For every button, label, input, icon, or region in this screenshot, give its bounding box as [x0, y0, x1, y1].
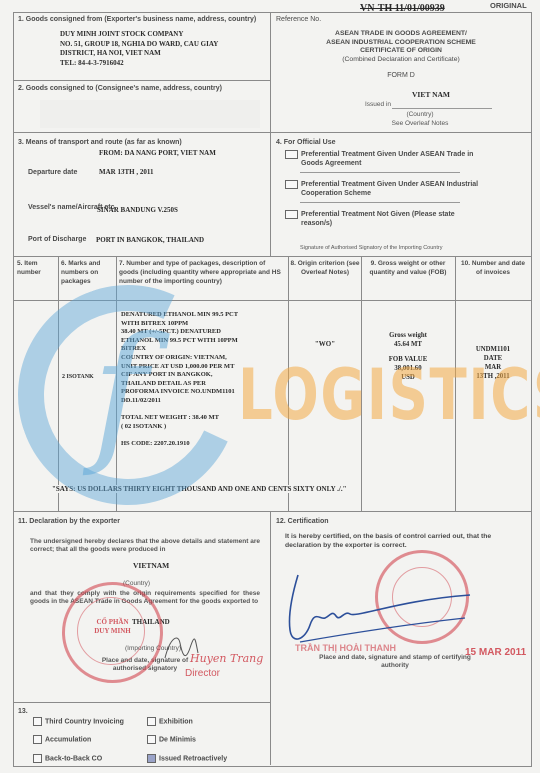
header-item-number: 5. Item number	[17, 259, 57, 277]
header-gross-weight: 9. Gross weight or other quantity and va…	[363, 259, 453, 277]
divider	[13, 132, 531, 133]
divider	[58, 256, 59, 511]
invoice-date-month: MAR	[457, 363, 529, 372]
fob-label: FOB VALUE	[363, 355, 453, 364]
option-de-minimis[interactable]: De Minimis	[147, 735, 196, 744]
description-line: CIF ANY PORT IN BANGKOK,	[121, 371, 286, 380]
signer-name: Huyen Trang	[190, 652, 263, 665]
exporter-details: DUY MINH JOINT STOCK COMPANY NO. 51, GRO…	[60, 30, 218, 68]
checkbox-checked[interactable]	[147, 754, 156, 763]
box2-label: 2. Goods consigned to (Consignee's name,…	[18, 84, 263, 93]
officer-name: TRẦN THỊ HOÀI THANH	[295, 643, 396, 653]
checkbox[interactable]	[285, 150, 298, 159]
divider	[13, 702, 270, 703]
official-use-option[interactable]: Preferential Treatment Given Under ASEAN…	[285, 150, 490, 168]
departure-date-value: MAR 13TH , 2011	[99, 168, 153, 176]
description-line: 38.40 MT (+/-5PCT.) DENATURED	[121, 328, 286, 337]
description-line: WITH BITREX 10PPM	[121, 320, 286, 329]
gross-weight-value: 45.64 MT	[363, 340, 453, 349]
exporter-address-line: DISTRICT, HA NOI, VIET NAM	[60, 49, 218, 59]
box3-label: 3. Means of transport and route (as far …	[18, 138, 182, 147]
option-underline	[300, 172, 460, 173]
option-issued-retroactively[interactable]: Issued Retroactively	[147, 754, 227, 763]
produced-in-country: VIETNAM	[133, 561, 169, 570]
description-line: COUNTRY OF ORIGIN: VIETNAM,	[121, 354, 286, 363]
exporter-name: DUY MINH JOINT STOCK COMPANY	[60, 30, 218, 40]
title-line: ASEAN INDUSTRIAL COOPERATION SCHEME	[272, 39, 530, 48]
exporter-address-line: NO. 51, GROUP 18, NGHIA DO WARD, CAU GIA…	[60, 40, 218, 50]
certificate-of-origin-form-d: VN-TH 11/01/00939 ORIGINAL 1. Goods cons…	[0, 0, 540, 773]
option-text: De Minimis	[159, 736, 196, 743]
exported-to-country: THAILAND	[132, 618, 170, 626]
option-text: Exhibition	[159, 718, 193, 725]
description-line: DENATURED ETHANOL MIN 99.5 PCT	[121, 311, 286, 320]
invoice-number: UNDM1101	[457, 345, 529, 354]
header-invoices: 10. Number and date of invoices	[458, 259, 528, 277]
discharge-value: PORT IN BANGKOK, THAILAND	[96, 236, 204, 244]
fob-currency: USD	[363, 373, 453, 382]
description-line: DD.11/02/2011	[121, 397, 286, 406]
box1-label: 1. Goods consigned from (Exporter's busi…	[18, 15, 263, 24]
divider	[455, 256, 456, 511]
form-name: FORM D	[272, 71, 530, 80]
divider	[288, 256, 289, 511]
invoice-date-label: DATE	[457, 354, 529, 363]
divider	[13, 80, 270, 81]
checkbox[interactable]	[33, 717, 42, 726]
description-line: PROFORMA INVOICE NO.UNDM1101	[121, 388, 286, 397]
option-text: Accumulation	[45, 736, 91, 743]
description-line	[121, 431, 286, 440]
invoice-cell: UNDM1101 DATE MAR 13TH ,2011	[457, 345, 529, 381]
exporter-phone: TEL: 84-4-3-7916042	[60, 59, 218, 69]
checkbox[interactable]	[33, 754, 42, 763]
departure-date-label: Departure date	[28, 168, 77, 177]
marks-value: 2 ISOTANK	[62, 374, 94, 380]
route-value: FROM: DA NANG PORT, VIET NAM	[99, 149, 216, 157]
description-line: HS CODE: 2207.20.1910	[121, 440, 286, 449]
official-use-option[interactable]: Preferential Treatment Not Given (Please…	[285, 210, 490, 228]
certification-text: It is hereby certified, on the basis of …	[285, 532, 520, 550]
declaration-text-1: The undersigned hereby declares that the…	[30, 538, 260, 554]
declaration-text-2: and that they comply with the origin req…	[30, 590, 260, 606]
header-marks: 6. Marks and numbers on packages	[61, 259, 115, 286]
option-text: Back-to-Back CO	[45, 755, 102, 762]
option-third-country-invoicing[interactable]: Third Country Invoicing	[33, 717, 124, 726]
box11-label: 11. Declaration by the exporter	[18, 517, 120, 526]
consignee-details-redacted	[40, 100, 260, 128]
description-line: THAILAND DETAIL AS PER	[121, 380, 286, 389]
description-line: ETHANOL MIN 99.5 PCT WITH 10PPM	[121, 337, 286, 346]
title-subtitle: (Combined Declaration and Certificate)	[272, 56, 530, 65]
description-line: UNIT PRICE AT USD 1,000.00 PER MT	[121, 363, 286, 372]
country-caption: (Country)	[380, 111, 460, 119]
title-line: ASEAN TRADE IN GOODS AGREEMENT/	[272, 30, 530, 39]
invoice-date: 13TH ,2011	[457, 372, 529, 381]
amount-in-words: "SAYS: US DOLLARS THIRTY EIGHT THOUSAND …	[50, 485, 348, 493]
signature-caption: Signature of Authorised Signatory of the…	[300, 244, 442, 252]
see-overleaf-notes: See Overleaf Notes	[370, 120, 470, 128]
original-label: ORIGINAL	[490, 1, 527, 10]
divider	[13, 256, 531, 257]
option-text: Preferential Treatment Given Under ASEAN…	[301, 180, 481, 198]
option-accumulation[interactable]: Accumulation	[33, 735, 91, 744]
issued-in-underline	[392, 108, 492, 109]
title-line: CERTIFICATE OF ORIGIN	[272, 47, 530, 56]
header-origin-criterion: 8. Origin criterion (see Overleaf Notes)	[290, 259, 360, 277]
description-line	[121, 406, 286, 415]
description-line: ( 02 ISOTANK )	[121, 423, 286, 432]
vessel-value: SINAR BANDUNG V.250S	[97, 206, 178, 214]
signer-title: Director	[185, 668, 220, 679]
divider	[270, 12, 271, 256]
checkbox[interactable]	[147, 735, 156, 744]
checkbox[interactable]	[285, 180, 298, 189]
checkbox[interactable]	[285, 210, 298, 219]
divider	[13, 511, 531, 512]
divider	[361, 256, 362, 511]
option-back-to-back-co[interactable]: Back-to-Back CO	[33, 754, 102, 763]
certificate-title: ASEAN TRADE IN GOODS AGREEMENT/ ASEAN IN…	[272, 30, 530, 64]
gross-weight-label: Gross weight	[363, 331, 453, 340]
description-line: TOTAL NET WEIGHT : 38.40 MT	[121, 414, 286, 423]
divider	[270, 511, 271, 765]
option-underline	[300, 202, 460, 203]
official-use-option[interactable]: Preferential Treatment Given Under ASEAN…	[285, 180, 490, 198]
discharge-label: Port of Discharge	[28, 235, 86, 244]
box13-label: 13.	[18, 707, 28, 716]
checkbox[interactable]	[147, 717, 156, 726]
option-text: Third Country Invoicing	[45, 718, 124, 725]
box12-label: 12. Certification	[276, 517, 329, 526]
fob-value: 38,001.60	[363, 364, 453, 373]
issued-in-country: VIET NAM	[412, 90, 450, 99]
gross-weight-cell: Gross weight 45.64 MT FOB VALUE 38,001.6…	[363, 331, 453, 382]
option-text: Preferential Treatment Given Under ASEAN…	[301, 150, 481, 168]
divider	[13, 300, 531, 301]
importing-country-caption: (Importing Country)	[125, 645, 181, 653]
issued-in-label: Issued in	[365, 101, 391, 109]
description-line: BITREX	[121, 345, 286, 354]
divider	[116, 256, 117, 511]
checkbox[interactable]	[33, 735, 42, 744]
box4-label: 4. For Official Use	[276, 138, 336, 147]
option-exhibition[interactable]: Exhibition	[147, 717, 193, 726]
certifying-authority-caption: Place and date, signature and stamp of c…	[315, 654, 475, 670]
origin-criterion-value: "WO"	[290, 340, 360, 348]
header-description: 7. Number and type of packages, descript…	[119, 259, 285, 286]
option-text: Issued Retroactively	[159, 755, 227, 762]
option-text: Preferential Treatment Not Given (Please…	[301, 210, 481, 228]
country-caption: (Country)	[123, 580, 150, 588]
goods-description: DENATURED ETHANOL MIN 99.5 PCTWITH BITRE…	[121, 311, 286, 449]
reference-no-label: Reference No.	[276, 15, 321, 24]
